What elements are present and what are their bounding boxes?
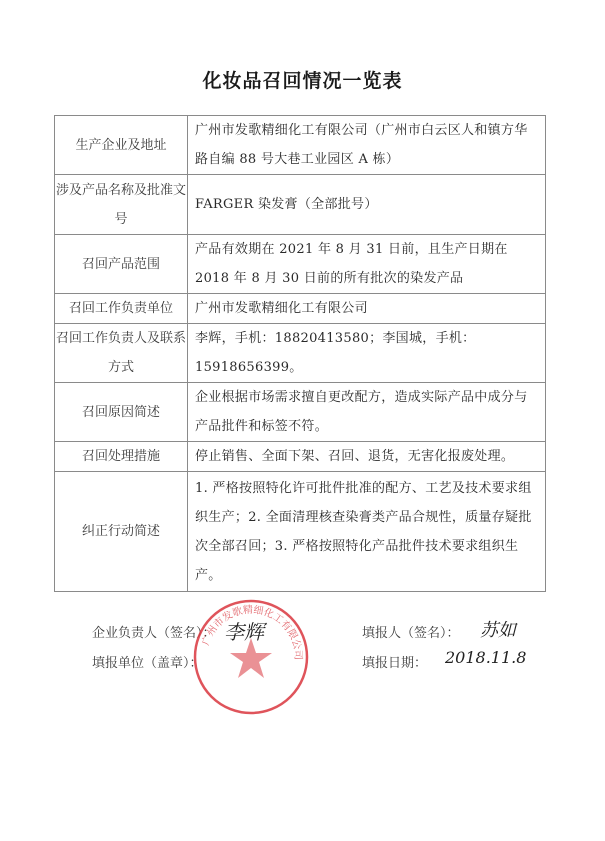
row-value: 1. 严格按照特化许可批件批准的配方、工艺及技术要求组织生产；2. 全面清理核查…: [188, 472, 546, 592]
fill-date-value: 2018.11.8: [445, 648, 526, 667]
table-row: 召回工作负责人及联系方式李辉，手机：18820413580；李国城，手机：159…: [55, 324, 546, 383]
filler-signature: 苏如: [480, 616, 516, 642]
row-label: 召回工作负责人及联系方式: [55, 324, 188, 383]
row-value: 产品有效期在 2021 年 8 月 31 日前，且生产日期在 2018 年 8 …: [188, 235, 546, 294]
recall-info-table: 生产企业及地址广州市发歌精细化工有限公司（广州市白云区人和镇方华路自编 88 号…: [54, 115, 546, 592]
row-label: 召回处理措施: [55, 442, 188, 472]
table-row: 召回产品范围产品有效期在 2021 年 8 月 31 日前，且生产日期在 201…: [55, 235, 546, 294]
row-value: 停止销售、全面下架、召回、退货，无害化报废处理。: [188, 442, 546, 472]
table-row: 召回处理措施停止销售、全面下架、召回、退货，无害化报废处理。: [55, 442, 546, 472]
row-value: FARGER 染发膏（全部批号）: [188, 175, 546, 235]
row-label: 召回原因简述: [55, 383, 188, 442]
row-value: 广州市发歌精细化工有限公司（广州市白云区人和镇方华路自编 88 号大巷工业园区 …: [188, 116, 546, 175]
table-row: 生产企业及地址广州市发歌精细化工有限公司（广州市白云区人和镇方华路自编 88 号…: [55, 116, 546, 175]
table-row: 召回原因简述企业根据市场需求擅自更改配方，造成实际产品中成分与产品批件和标签不符…: [55, 383, 546, 442]
row-value: 广州市发歌精细化工有限公司: [188, 294, 546, 324]
row-value: 李辉，手机：18820413580；李国城，手机：15918656399。: [188, 324, 546, 383]
fill-date-label: 填报日期：: [362, 652, 427, 671]
row-label: 生产企业及地址: [55, 116, 188, 175]
table-row: 涉及产品名称及批准文号FARGER 染发膏（全部批号）: [55, 175, 546, 235]
table-row: 纠正行动简述1. 严格按照特化许可批件批准的配方、工艺及技术要求组织生产；2. …: [55, 472, 546, 592]
row-value: 企业根据市场需求擅自更改配方，造成实际产品中成分与产品批件和标签不符。: [188, 383, 546, 442]
filler-label: 填报人（签名）：: [362, 622, 460, 641]
filler-unit-label: 填报单位（盖章）：: [92, 652, 203, 671]
company-seal-stamp-icon: 广州市发歌精细化工有限公司: [192, 598, 310, 716]
row-label: 召回工作负责单位: [55, 294, 188, 324]
document-title: 化妆品召回情况一览表: [0, 66, 605, 93]
row-label: 召回产品范围: [55, 235, 188, 294]
row-label: 涉及产品名称及批准文号: [55, 175, 188, 235]
table-row: 召回工作负责单位广州市发歌精细化工有限公司: [55, 294, 546, 324]
row-label: 纠正行动简述: [55, 472, 188, 592]
